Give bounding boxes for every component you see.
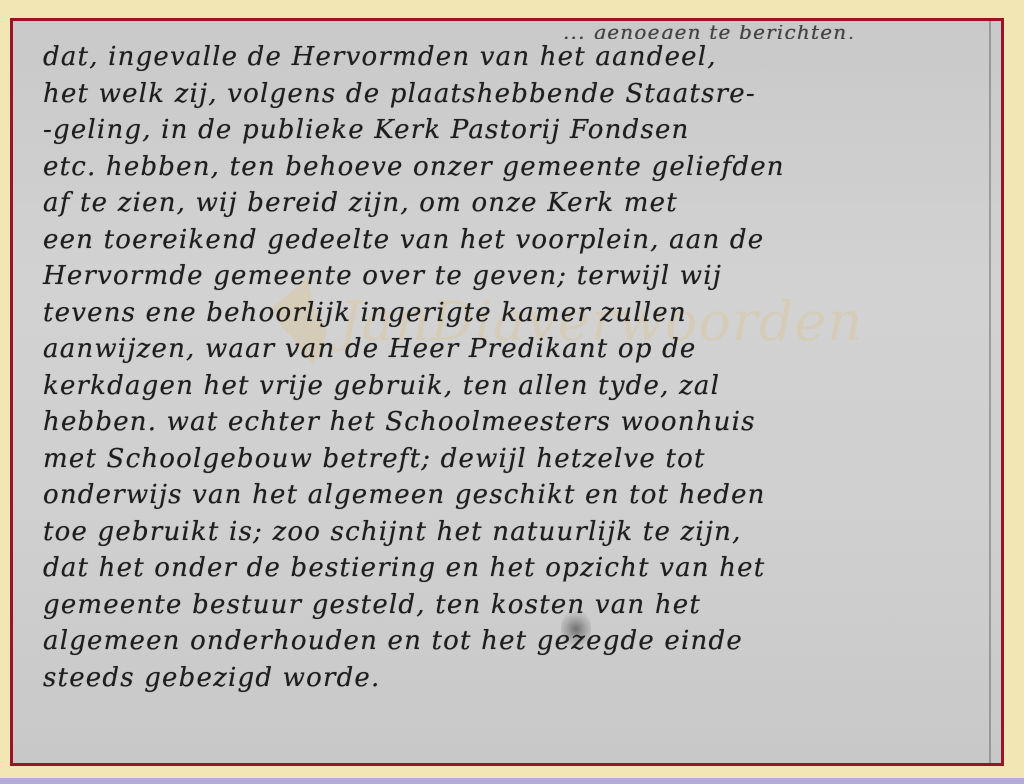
manuscript-line: dat, ingevalle de Hervormden van het aan…	[43, 39, 971, 76]
manuscript-line: -geling, in de publieke Kerk Pastorij Fo…	[43, 112, 971, 149]
manuscript-line: een toereikend gedeelte van het voorplei…	[43, 222, 971, 259]
manuscript-line-cut: ... genoegen te berichten,	[43, 25, 971, 39]
manuscript-line: algemeen onderhouden en tot het gezegde …	[43, 623, 971, 660]
manuscript-line: aanwijzen, waar van de Heer Predikant op…	[43, 331, 971, 368]
manuscript-line: etc. hebben, ten behoeve onzer gemeente …	[43, 149, 971, 186]
bottom-strip	[0, 778, 1024, 784]
manuscript-line: af te zien, wij bereid zijn, om onze Ker…	[43, 185, 971, 222]
manuscript-line: toe gebruikt is; zoo schijnt het natuurl…	[43, 514, 971, 551]
manuscript-line: tevens ene behoorlijk ingerigte kamer zu…	[43, 295, 971, 332]
manuscript-line: steeds gebezigd worde.	[43, 660, 971, 697]
manuscript-line: onderwijs van het algemeen geschikt en t…	[43, 477, 971, 514]
manuscript-line: hebben. wat echter het Schoolmeesters wo…	[43, 404, 971, 441]
manuscript-text: ... genoegen te berichten, dat, ingevall…	[43, 31, 971, 696]
manuscript-line: gemeente bestuur gesteld, ten kosten van…	[43, 587, 971, 624]
manuscript-line: kerkdagen het vrije gebruik, ten allen t…	[43, 368, 971, 405]
manuscript-line: Hervormde gemeente over te geven; terwij…	[43, 258, 971, 295]
manuscript-line: het welk zij, volgens de plaatshebbende …	[43, 76, 971, 113]
manuscript-image: JanDiaverwoorden ... genoegen te bericht…	[10, 18, 1004, 766]
manuscript-line: dat het onder de bestiering en het opzic…	[43, 550, 971, 587]
manuscript-line: met Schoolgebouw betreft; dewijl hetzelv…	[43, 441, 971, 478]
